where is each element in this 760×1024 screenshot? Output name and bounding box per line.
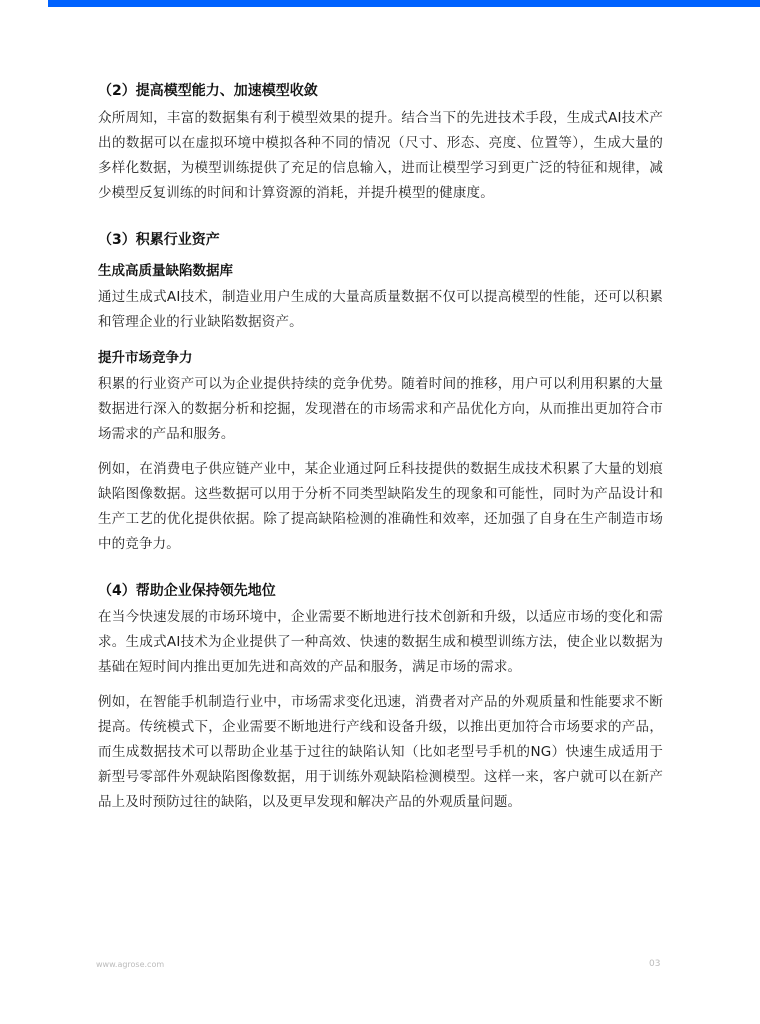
footer-website-link[interactable]: www.agrose.com [96,960,164,969]
section-4-paragraph: 在当今快速发展的市场环境中，企业需要不断地进行技术创新和升级，以适应市场的变化和… [98,605,663,680]
section-heading-2: （2）提高模型能力、加速模型收敛 [98,80,663,102]
smartphone-example-paragraph: 例如，在智能手机制造行业中，市场需求变化迅速，消费者对产品的外观质量和性能要求不… [98,690,663,815]
subheading-defect-database: 生成高质量缺陷数据库 [98,260,663,282]
section-heading-3: （3）积累行业资产 [98,229,663,251]
header-accent-bar [48,0,760,7]
defect-database-paragraph: 通过生成式AI技术，制造业用户生成的大量高质量数据不仅可以提高模型的性能，还可以… [98,285,663,335]
competitiveness-paragraph: 积累的行业资产可以为企业提供持续的竞争优势。随着时间的推移，用户可以利用积累的大… [98,372,663,447]
section-heading-4: （4）帮助企业保持领先地位 [98,580,663,602]
page-number: 03 [649,959,660,969]
subheading-market-competitiveness: 提升市场竞争力 [98,347,663,369]
consumer-electronics-example-paragraph: 例如，在消费电子供应链产业中，某企业通过阿丘科技提供的数据生成技术积累了大量的划… [98,457,663,557]
section-2-paragraph: 众所周知，丰富的数据集有利于模型效果的提升。结合当下的先进技术手段，生成式AI技… [98,106,663,206]
document-body: （2）提高模型能力、加速模型收敛 众所周知，丰富的数据集有利于模型效果的提升。结… [98,80,663,815]
